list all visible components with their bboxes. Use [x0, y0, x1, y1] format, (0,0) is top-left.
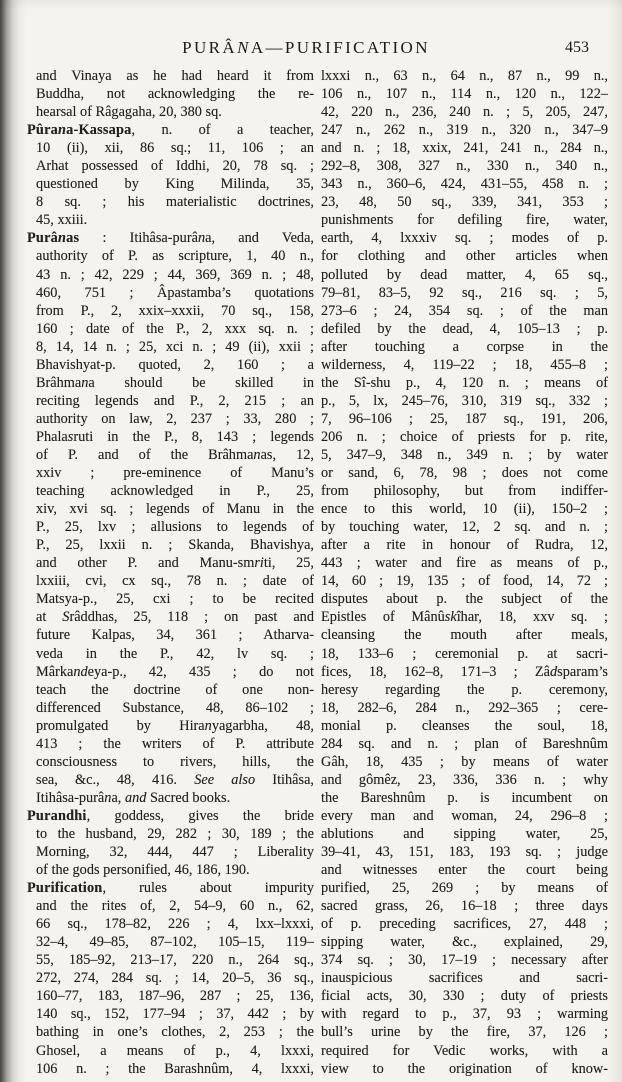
index-entry: Purification, rules about impurityand th… — [27, 879, 314, 1078]
index-line: after touching a corpse in the — [321, 338, 608, 356]
index-line: reciting legends and P., 2, 215 ; an — [27, 392, 314, 410]
index-line: sipping water, &c., explained, 29, — [321, 933, 608, 951]
index-line: at Srâddhas, 25, 118 ; on past and — [27, 608, 314, 626]
index-line: and n. ; 18, xxix, 241, 241 n., 284 n., — [321, 139, 608, 157]
index-line: P., 25, lxxii n. ; Skanda, Bhavishya, — [27, 536, 314, 554]
index-entry: and Vinaya as he had heard it fromBuddha… — [27, 67, 314, 121]
index-line: ence to this world, 10 (ii), 150–2 ; — [321, 500, 608, 518]
index-line: after a rite in honour of Rudra, 12, — [321, 536, 608, 554]
index-line: Pûrana-Kassapa, n. of a teacher, — [27, 121, 314, 139]
index-line: and Vinaya as he had heard it from — [27, 67, 314, 85]
index-line: disputes about p. the subject of the — [321, 590, 608, 608]
index-line: veda in the P., 42, lv sq. ; — [27, 645, 314, 663]
index-line: 343 n., 360–6, 424, 431–55, 458 n. ; — [321, 175, 608, 193]
index-headword: Purânas — [27, 230, 79, 246]
index-line: Bhavishyat-p. quoted, 2, 160 ; a — [27, 356, 314, 374]
index-line: Purandhi, goddess, gives the bride — [27, 807, 314, 825]
index-line: p., 5, lx, 245–76, 310, 319 sq., 332 ; — [321, 392, 608, 410]
index-line: Mârkandeya-p., 42, 435 ; do not — [27, 663, 314, 681]
index-line: bathing in one’s clothes, 2, 253 ; the — [27, 1023, 314, 1041]
index-line: and gômêz, 23, 336, 336 n. ; why — [321, 771, 608, 789]
index-line: by touching water, 12, 2 sq. and n. ; — [321, 518, 608, 536]
index-line: 443 ; water and fire as means of p., — [321, 554, 608, 572]
page-title: PURÂNA—PURIFICATION — [182, 38, 430, 58]
index-line: cleansing the mouth after meals, — [321, 626, 608, 644]
index-line: polluted by dead matter, 4, 65 sq., — [321, 266, 608, 284]
index-line: questioned by King Milinda, 35, — [27, 175, 314, 193]
index-line: of p. preceding sacrifices, 27, 448 ; — [321, 915, 608, 933]
index-line: purified, 25, 269 ; by means of — [321, 879, 608, 897]
index-line: hearsal of Râgagaha, 20, 380 sq. — [27, 103, 314, 121]
column-right: lxxxi n., 63 n., 64 n., 87 n., 99 n.,106… — [321, 67, 608, 1079]
index-line: 7, 96–106 ; 25, 187 sq., 191, 206, — [321, 410, 608, 428]
index-line: xxiv ; pre-eminence of Manu’s — [27, 464, 314, 482]
index-line: 43 n. ; 42, 229 ; 44, 369, 369 n. ; 48, — [27, 266, 314, 284]
index-line: 247 n., 262 n., 319 n., 320 n., 347–9 — [321, 121, 608, 139]
index-line: 106 n. ; the Barashnûm, 4, lxxxi, — [27, 1060, 314, 1078]
index-line: Purification, rules about impurity — [27, 879, 314, 897]
index-line: 18, 133–6 ; ceremonial p. at sacri- — [321, 645, 608, 663]
index-entry: Purânas : Itihâsa-purâna, and Veda,autho… — [27, 229, 314, 807]
index-line: punishments for defiling fire, water, — [321, 211, 608, 229]
index-headword: Pûrana-Kassapa — [27, 122, 132, 138]
index-line: 8 sq. ; his materialistic doctrines, — [27, 193, 314, 211]
index-line: 374 sq. ; 30, 17–19 ; necessary after — [321, 951, 608, 969]
scanned-book-page: PURÂNA—PURIFICATION 453 and Vinaya as he… — [0, 0, 622, 1082]
index-line: every man and woman, 24, 296–8 ; — [321, 807, 608, 825]
index-entry: Pûrana-Kassapa, n. of a teacher,10 (ii),… — [27, 121, 314, 229]
index-line: 160 ; date of the P., 2, xxx sq. n. ; — [27, 320, 314, 338]
index-line: of the gods personified, 46, 186, 190. — [27, 861, 314, 879]
index-line: differenced Substance, 48, 86–102 ; — [27, 699, 314, 717]
index-line: 23, 48, 50 sq., 339, 341, 353 ; — [321, 193, 608, 211]
index-line: authority on law, 2, 237 ; 33, 280 ; — [27, 410, 314, 428]
index-line: Epistles of Mânûskîhar, 18, xxv sq. ; — [321, 608, 608, 626]
index-line: and other P. and Manu-smriti, 25, — [27, 554, 314, 572]
index-line: Ghosel, a means of p., 4, lxxxi, — [27, 1042, 314, 1060]
index-line: ablutions and sipping water, 25, — [321, 825, 608, 843]
index-headword: Purification — [27, 880, 102, 896]
page-number: 453 — [565, 39, 589, 57]
index-line: and witnesses enter the court being — [321, 861, 608, 879]
index-line: 66 sq., 178–82, 226 ; 4, lxx–lxxxi, — [27, 915, 314, 933]
index-line: the Bareshnûm p. is incumbent on — [321, 789, 608, 807]
index-line: of P. and of the Brâhmanas, 12, — [27, 446, 314, 464]
index-entry: Purandhi, goddess, gives the brideto the… — [27, 807, 314, 879]
index-line: 413 ; the writers of P. attribute — [27, 735, 314, 753]
index-line: sacred grass, 26, 16–18 ; three days — [321, 897, 608, 915]
index-line: monial p. cleanses the soul, 18, — [321, 717, 608, 735]
index-headword: Purandhi — [27, 808, 87, 824]
index-line: lxxxi n., 63 n., 64 n., 87 n., 99 n., — [321, 67, 608, 85]
index-line: 460, 751 ; Âpastamba’s quotations — [27, 284, 314, 302]
index-line: xiv, xvi sq. ; legends of Manu in the — [27, 500, 314, 518]
index-line: 5, 347–9, 348 n., 349 n. ; by water — [321, 446, 608, 464]
index-line: required for Vedic works, with a — [321, 1042, 608, 1060]
index-line: defiled by the dead, 4, 105–13 ; p. — [321, 320, 608, 338]
index-line: future Kalpas, 34, 361 ; Atharva- — [27, 626, 314, 644]
index-line: 42, 220 n., 236, 240 n. ; 5, 205, 247, — [321, 103, 608, 121]
index-line: or sand, 6, 78, 98 ; does not come — [321, 464, 608, 482]
index-line: 140 sq., 152, 177–94 ; 37, 442 ; by — [27, 1005, 314, 1023]
index-line: fices, 18, 162–8, 171–3 ; Zâdsparam’s — [321, 663, 608, 681]
index-line: to the husband, 29, 282 ; 30, 189 ; the — [27, 825, 314, 843]
index-line: Itihâsa-purâna, and Sacred books. — [27, 789, 314, 807]
index-line: 272, 274, 284 sq. ; 14, 20–5, 36 sq., — [27, 969, 314, 987]
index-line: sea, &c., 48, 416. See also Itihâsa, — [27, 771, 314, 789]
index-line: wilderness, 4, 119–22 ; 18, 455–8 ; — [321, 356, 608, 374]
index-line: 106 n., 107 n., 114 n., 120 n., 122– — [321, 85, 608, 103]
index-line: 8, 14, 14 n. ; 25, xci n. ; 49 (ii), xxi… — [27, 338, 314, 356]
index-line: view to the origination of know- — [321, 1060, 608, 1078]
index-line: Phalasruti in the P., 8, 143 ; legends — [27, 428, 314, 446]
index-entry: lxxxi n., 63 n., 64 n., 87 n., 99 n.,106… — [321, 67, 608, 1078]
index-line: 14, 60 ; 19, 135 ; of food, 14, 72 ; — [321, 572, 608, 590]
index-line: 273–6 ; 24, 354 sq. ; of the man — [321, 302, 608, 320]
index-line: 79–81, 83–5, 92 sq., 216 sq. ; 5, — [321, 284, 608, 302]
index-line: Purânas : Itihâsa-purâna, and Veda, — [27, 229, 314, 247]
index-line: teaching acknowledged in P., 25, — [27, 482, 314, 500]
index-line: 32–4, 49–85, 87–102, 105–15, 119– — [27, 933, 314, 951]
index-line: consciousness to rivers, hills, the — [27, 753, 314, 771]
index-line: Brâhmana should be skilled in — [27, 374, 314, 392]
index-line: Morning, 32, 444, 447 ; Liberality — [27, 843, 314, 861]
index-line: 292–8, 308, 327 n., 330 n., 340 n., — [321, 157, 608, 175]
index-line: from philosophy, but from indiffer- — [321, 482, 608, 500]
index-line: Matsya-p., 25, cxi ; to be recited — [27, 590, 314, 608]
index-line: 55, 185–92, 213–17, 220 n., 264 sq., — [27, 951, 314, 969]
index-line: 206 n. ; choice of priests for p. rite, — [321, 428, 608, 446]
index-line: Gâh, 18, 435 ; by means of water — [321, 753, 608, 771]
column-left: and Vinaya as he had heard it fromBuddha… — [27, 67, 314, 1079]
index-line: teach the doctrine of one non- — [27, 681, 314, 699]
index-line: with regard to p., 37, 93 ; warming — [321, 1005, 608, 1023]
index-line: from P., 2, xxix–xxxii, 70 sq., 158, — [27, 302, 314, 320]
index-line: 160–77, 183, 187–96, 287 ; 25, 136, — [27, 987, 314, 1005]
index-line: P., 25, lxv ; allusions to legends of — [27, 518, 314, 536]
index-line: and the rites of, 2, 54–9, 60 n., 62, — [27, 897, 314, 915]
index-line: ficial acts, 30, 330 ; duty of priests — [321, 987, 608, 1005]
index-line: 39–41, 43, 151, 183, 193 sq. ; judge — [321, 843, 608, 861]
index-line: promulgated by Hiranyagarbha, 48, — [27, 717, 314, 735]
index-line: 284 sq. and n. ; plan of Bareshnûm — [321, 735, 608, 753]
index-line: for clothing and other articles when — [321, 247, 608, 265]
index-line: authority of P. as scripture, 1, 40 n., — [27, 247, 314, 265]
index-line: lxxiii, cvi, cx sq., 78 n. ; date of — [27, 572, 314, 590]
index-line: the Sî-shu p., 4, 120 n. ; means of — [321, 374, 608, 392]
running-header: PURÂNA—PURIFICATION 453 — [0, 38, 622, 62]
index-line: inauspicious sacrifices and sacri- — [321, 969, 608, 987]
index-line: 10 (ii), xii, 86 sq.; 11, 106 ; an — [27, 139, 314, 157]
index-line: heresy regarding the p. ceremony, — [321, 681, 608, 699]
index-line: bull’s urine by the fire, 37, 126 ; — [321, 1023, 608, 1041]
index-line: Buddha, not acknowledging the re- — [27, 85, 314, 103]
index-line: 18, 282–6, 284 n., 292–365 ; cere- — [321, 699, 608, 717]
index-line: 45, xxiii. — [27, 211, 314, 229]
index-line: Arhat possessed of Iddhi, 20, 78 sq. ; — [27, 157, 314, 175]
index-line: earth, 4, lxxxiv sq. ; modes of p. — [321, 229, 608, 247]
